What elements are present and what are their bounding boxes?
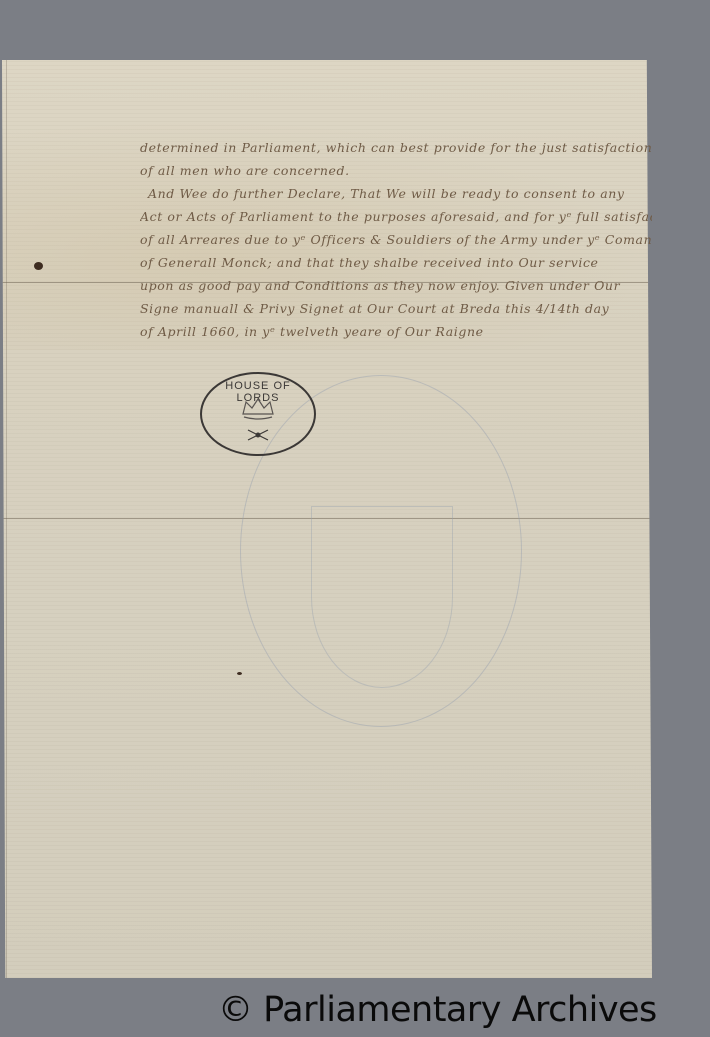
crossed-maces-icon — [246, 428, 270, 442]
ink-blot — [34, 262, 43, 270]
ink-speck — [237, 672, 242, 675]
fold-line-left — [6, 60, 7, 978]
text-line: Signe manuall & Privy Signet at Our Cour… — [140, 297, 652, 320]
crown-icon — [240, 396, 276, 422]
text-line: Act or Acts of Parliament to the purpose… — [140, 205, 652, 228]
text-line: And Wee do further Declare, That We will… — [140, 182, 652, 205]
handwritten-text: determined in Parliament, which can best… — [140, 136, 652, 343]
royal-seal-outline-icon — [311, 506, 453, 688]
text-line: of Aprill 1660, in yᵉ twelveth yeare of … — [140, 320, 652, 343]
text-line: of all Arreares due to yᵉ Officers & Sou… — [140, 228, 652, 251]
copyright-watermark: © Parliamentary Archives — [218, 990, 657, 1030]
text-line: determined in Parliament, which can best… — [140, 136, 652, 159]
text-line: upon as good pay and Conditions as they … — [140, 274, 652, 297]
text-line: of Generall Monck; and that they shalbe … — [140, 251, 652, 274]
text-line: of all men who are concerned. — [140, 159, 652, 182]
house-of-lords-stamp: HOUSE OF LORDS — [200, 372, 316, 456]
